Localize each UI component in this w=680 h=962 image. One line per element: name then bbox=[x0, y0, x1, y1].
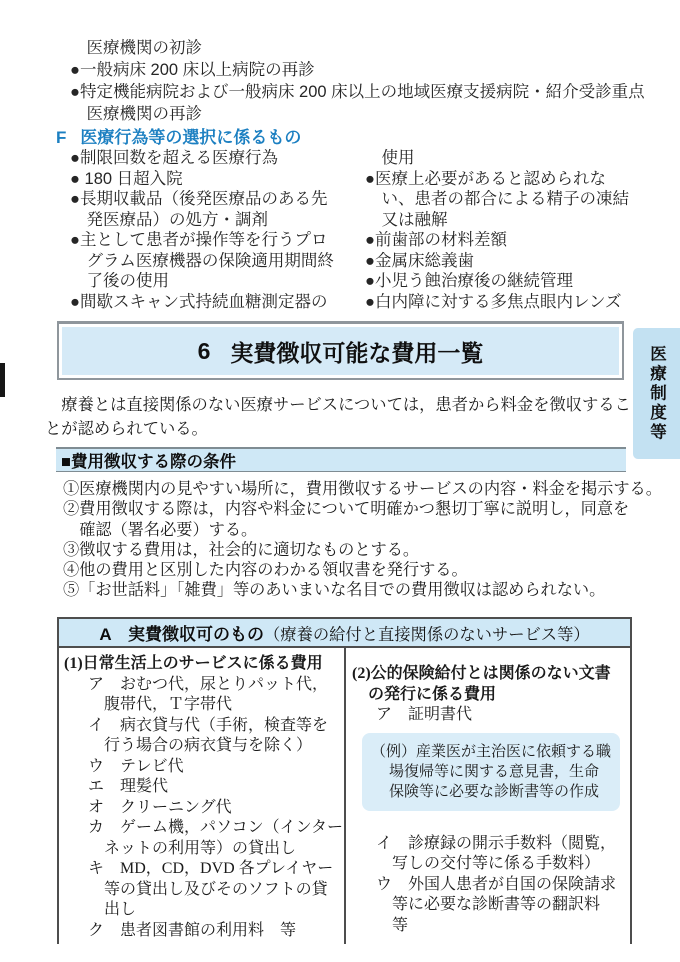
condition-line: ⑤「お世話料」「雑費」等のあいまいな名目での費用徴収は認められない。 bbox=[63, 580, 663, 600]
table-line: の発行に係る費用 bbox=[352, 685, 628, 706]
section-title: 6 実費徴収可能な費用一覧 bbox=[62, 327, 619, 375]
bullet-line: ●小児う蝕治療後の継続管理 bbox=[365, 271, 646, 292]
condition-line: ④他の費用と区別した内容のわかる領収書を発行する。 bbox=[63, 560, 663, 580]
bullet-line: い、患者の都合による精子の凍結 bbox=[365, 189, 646, 210]
bullet-line: ●医療上必要があると認められな bbox=[365, 169, 646, 190]
top-bullet-section: 医療機関の初診●一般病床 200 床以上病院の再診●特定機能病院および一般病床 … bbox=[56, 37, 656, 149]
table-a-column-1: (1)日常生活上のサービスに係る費用ア おむつ代，尿とりパット代，腹帯代，Ｔ字帯… bbox=[59, 648, 346, 944]
bullet-line: ●白内障に対する多焦点眼内レンズ bbox=[365, 292, 646, 313]
table-line: イ 診療録の開示手数料（閲覧， bbox=[352, 834, 628, 855]
example-note-box: （例）産業医が主治医に依頼する職場復帰等に関する意見書，生命保険等に必要な診断書… bbox=[362, 733, 620, 811]
table-line: 等 bbox=[352, 916, 628, 937]
table-line: 腹帯代，Ｔ字帯代 bbox=[64, 695, 342, 716]
table-line: 等の貸出し及びそのソフトの貸 bbox=[64, 880, 342, 901]
table-line: エ 理髪代 bbox=[64, 777, 342, 798]
condition-line: ③徴収する費用は，社会的に適切なものとする。 bbox=[63, 540, 663, 560]
table-line: オ クリーニング代 bbox=[64, 798, 342, 819]
bullet-line: ●主として患者が操作等を行うプロ bbox=[70, 230, 351, 251]
table-a-column-2-bottom: イ 診療録の開示手数料（閲覧，写しの交付等に係る手数料）ウ 外国人患者が自国の保… bbox=[352, 834, 628, 937]
bullet-line: ●前歯部の材料差額 bbox=[365, 230, 646, 251]
table-line: 等に必要な診断書等の翻訳料 bbox=[352, 895, 628, 916]
document-page: 医療機関の初診●一般病床 200 床以上病院の再診●特定機能病院および一般病床 … bbox=[0, 0, 680, 962]
example-line: 保険等に必要な診断書等の作成 bbox=[371, 782, 611, 802]
section-number: 6 bbox=[198, 338, 211, 365]
section-title-box: 6 実費徴収可能な費用一覧 bbox=[57, 321, 624, 380]
bullet-line: ● 180 日超入院 bbox=[70, 169, 351, 190]
condition-line: ①医療機関内の見やすい場所に，費用徴収するサービスの内容・料金を掲示する。 bbox=[63, 479, 663, 499]
table-line: 行う場合の病衣貸与を除く） bbox=[64, 736, 342, 757]
bullet-line: ●金属床総義歯 bbox=[365, 251, 646, 272]
table-line: ア おむつ代，尿とりパット代， bbox=[64, 675, 342, 696]
conditions-list: ①医療機関内の見やすい場所に，費用徴収するサービスの内容・料金を掲示する。②費用… bbox=[63, 479, 663, 601]
table-a-header: A 実費徴収可のもの （療養の給付と直接関係のないサービス等） bbox=[59, 619, 630, 648]
bullet-line: 医療機関の再診 bbox=[56, 103, 656, 125]
bullet-line: 医療機関の初診 bbox=[56, 37, 656, 59]
table-a-column-2: (2)公的保険給付とは関係のない文書の発行に係る費用ア 証明書代 （例）産業医が… bbox=[346, 648, 630, 944]
bullet-line: ●間歇スキャン式持続血糖測定器の bbox=[70, 292, 351, 313]
paragraph-line: 療養とは直接関係のない医療サービスについては，患者から料金を徴収するこ bbox=[45, 393, 657, 417]
table-line: (1)日常生活上のサービスに係る費用 bbox=[64, 654, 342, 675]
table-a-header-title: A 実費徴収可のもの bbox=[99, 620, 264, 645]
bullet-line: グラム医療機器の保険適用期間終 bbox=[70, 251, 351, 272]
bullet-line: ●長期収載品（後発医療品のある先 bbox=[70, 189, 351, 210]
conditions-heading-bar: ■費用徴収する際の条件 bbox=[56, 447, 626, 472]
bullet-line: 使用 bbox=[365, 148, 646, 169]
table-line: ア 証明書代 bbox=[352, 705, 628, 726]
section-title-text: 実費徴収可能な費用一覧 bbox=[230, 335, 483, 368]
page-edge-mark bbox=[0, 363, 5, 397]
paragraph-line: とが認められている。 bbox=[45, 417, 657, 441]
bullet-line: ●一般病床 200 床以上病院の再診 bbox=[56, 59, 656, 81]
table-line: ウ 外国人患者が自国の保険請求 bbox=[352, 875, 628, 896]
bullet-line: ●特定機能病院および一般病床 200 床以上の地域医療支援病院・紹介受診重点 bbox=[56, 81, 656, 103]
conditions-heading: ■費用徴収する際の条件 bbox=[61, 448, 236, 472]
bullet-line: 又は融解 bbox=[365, 210, 646, 231]
table-line: (2)公的保険給付とは関係のない文書 bbox=[352, 664, 628, 685]
table-line: 写しの交付等に係る手数料） bbox=[352, 854, 628, 875]
table-line: ネットの利用等）の貸出し bbox=[64, 839, 342, 860]
example-line: （例）産業医が主治医に依頼する職 bbox=[371, 742, 611, 762]
section-f-label: 医療行為等の選択に係るもの bbox=[80, 128, 301, 147]
bullet-column-left: ●制限回数を超える医療行為● 180 日超入院●長期収載品（後発医療品のある先発… bbox=[56, 148, 351, 312]
condition-line: 確認（署名必要）する。 bbox=[63, 520, 663, 540]
bullet-line: 了後の使用 bbox=[70, 271, 351, 292]
example-line: 場復帰等に関する意見書，生命 bbox=[371, 762, 611, 782]
table-line: イ 病衣貸与代（手術，検査等を bbox=[64, 716, 342, 737]
bullet-column-right: 使用●医療上必要があると認められない、患者の都合による精子の凍結又は融解●前歯部… bbox=[351, 148, 646, 312]
bullet-line: ●制限回数を超える医療行為 bbox=[70, 148, 351, 169]
table-line: カ ゲーム機，パソコン（インター bbox=[64, 818, 342, 839]
table-line: ク 患者図書館の利用料 等 bbox=[64, 921, 342, 942]
table-a: A 実費徴収可のもの （療養の給付と直接関係のないサービス等） (1)日常生活上… bbox=[57, 617, 632, 944]
table-a-column-2-top: (2)公的保険給付とは関係のない文書の発行に係る費用ア 証明書代 bbox=[352, 664, 628, 726]
table-a-body: (1)日常生活上のサービスに係る費用ア おむつ代，尿とりパット代，腹帯代，Ｔ字帯… bbox=[59, 648, 630, 944]
top-bullet-lines: 医療機関の初診●一般病床 200 床以上病院の再診●特定機能病院および一般病床 … bbox=[56, 37, 656, 125]
condition-line: ②費用徴収する際は，内容や料金について明確かつ懇切丁寧に説明し，同意を bbox=[63, 499, 663, 519]
bullet-line: 発医療品）の処方・調剤 bbox=[70, 210, 351, 231]
table-a-header-note: （療養の給付と直接関係のないサービス等） bbox=[264, 621, 590, 645]
section-f-heading: F医療行為等の選択に係るもの bbox=[56, 127, 656, 149]
intro-paragraph: 療養とは直接関係のない医療サービスについては，患者から料金を徴収することが認めら… bbox=[45, 393, 657, 440]
section-f-letter: F bbox=[56, 128, 66, 147]
table-line: 出し bbox=[64, 900, 342, 921]
two-column-bullet-list: ●制限回数を超える医療行為● 180 日超入院●長期収載品（後発医療品のある先発… bbox=[56, 148, 646, 312]
table-line: ウ テレビ代 bbox=[64, 757, 342, 778]
table-line: キ MD，CD，DVD 各プレイヤー bbox=[64, 859, 342, 880]
